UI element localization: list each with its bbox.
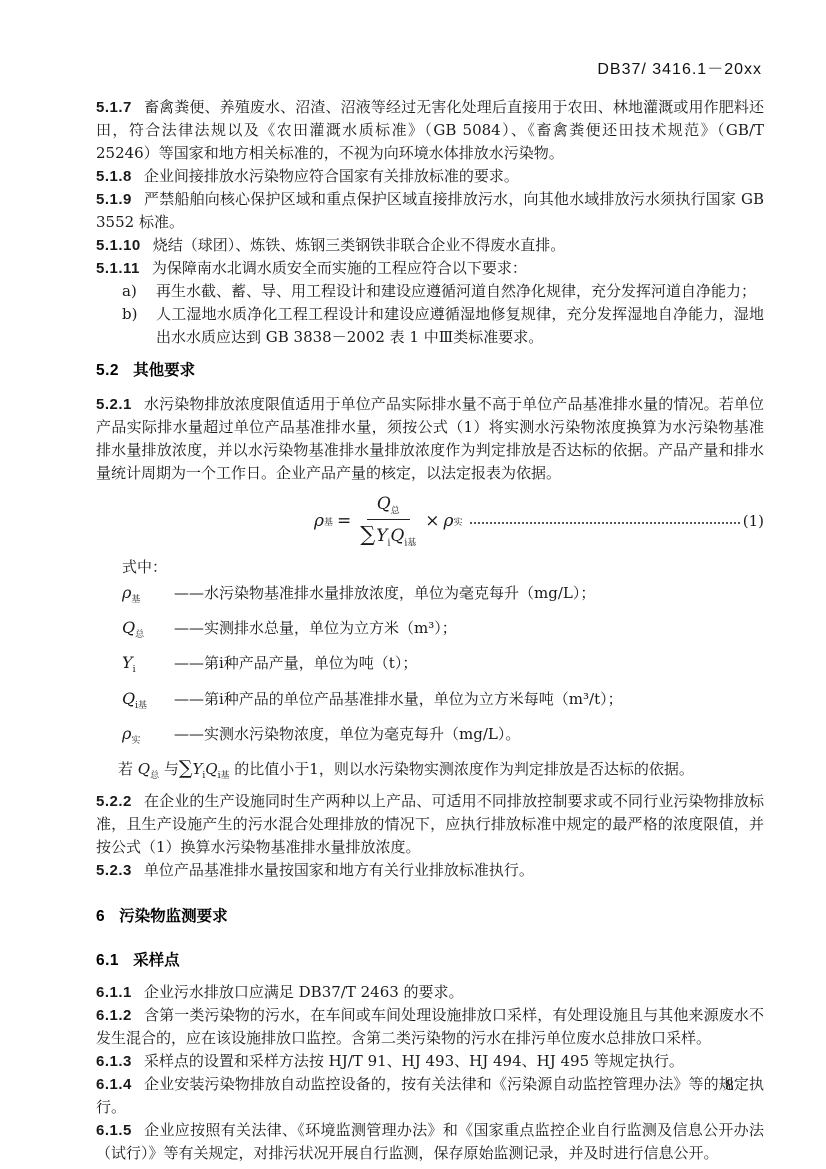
list-item-a: a) 再生水截、蓄、导、用工程设计和建设应遵循河道自然净化规律，充分发挥河道自净… xyxy=(96,280,764,303)
definition-rho-base: ρ基 ——水污染物基准排水量排放浓度，单位为毫克每升（mg/L）； xyxy=(96,579,764,614)
y-symbol: Y xyxy=(193,760,203,778)
rho-base-symbol: ρ xyxy=(314,511,324,531)
clause-number: 5.2.2 xyxy=(96,793,132,810)
document-page: DB37/ 3416.1－20xx 5.1.7畜禽粪便、养殖废水、沼渣、沼液等经… xyxy=(0,0,826,1169)
ratio-note: 若 Q总 与∑YiQi基 的比值小于1，则以水污染物实测浓度作为判定排放是否达标… xyxy=(96,755,764,790)
definition-symbol: ρ实 xyxy=(122,720,174,755)
clause-5-1-10: 5.1.10烧结（球团）、炼铁、炼钢三类钢铁非联合企业不得废水直排。 xyxy=(96,234,764,257)
clause-5-1-7: 5.1.7畜禽粪便、养殖废水、沼渣、沼液等经过无害化处理后直接用于农田、林地灌溉… xyxy=(96,96,764,165)
clause-number: 6.1.2 xyxy=(96,1007,132,1024)
clause-6-1-4: 6.1.4企业安装污染物排放自动监控设备的，按有关法律和《污染源自动监控管理办法… xyxy=(96,1073,764,1119)
clause-text: 含第一类污染物的污水，在车间或车间处理设施排放口采样，有处理设施且与其他来源废水… xyxy=(96,1006,764,1047)
symbol-subscript: 实 xyxy=(131,736,140,746)
where-intro: 式中： xyxy=(96,555,764,579)
symbol-letter: ρ xyxy=(122,583,131,602)
list-marker: b) xyxy=(96,303,156,349)
equation-1: ρ基 = Q总 ∑YiQi基 × ρ实 (1) xyxy=(96,493,764,549)
rho-actual-symbol: ρ xyxy=(443,511,453,531)
q-total-subscript: 总 xyxy=(391,507,400,517)
equation-number: (1) xyxy=(743,512,764,530)
definition-symbol: Qi基 xyxy=(122,685,174,720)
dotted-leader xyxy=(470,522,739,524)
definition-symbol: Q总 xyxy=(122,614,174,649)
clause-number: 6.1.5 xyxy=(96,1122,132,1139)
definition-text: ——实测水污染物浓度，单位为毫克每升（mg/L）。 xyxy=(174,721,764,748)
clause-5-1-11: 5.1.11为保障南水北调水质安全而实施的工程应符合以下要求： xyxy=(96,257,764,280)
definition-q-total: Q总 ——实测排水总量，单位为立方米（m³）； xyxy=(96,614,764,649)
clause-number: 5.1.9 xyxy=(96,191,132,208)
heading-6: 6污染物监测要求 xyxy=(96,904,764,926)
clause-number: 6.1.4 xyxy=(96,1076,132,1093)
heading-title: 污染物监测要求 xyxy=(119,908,228,925)
clause-6-1-3: 6.1.3采样点的设置和采样方法按 HJ/T 91、HJ 493、HJ 494、… xyxy=(96,1050,764,1073)
fraction-denominator: ∑YiQi基 xyxy=(360,520,416,548)
definition-y-i: Yi ——第i种产品产量，单位为吨（t）； xyxy=(96,649,764,684)
definition-text: ——水污染物基准排水量排放浓度，单位为毫克每升（mg/L）； xyxy=(174,580,764,607)
times-sign: × xyxy=(425,511,439,531)
header-doc-code: DB37/ 3416.1－20xx xyxy=(0,0,826,79)
heading-title: 其他要求 xyxy=(133,362,195,379)
equals-sign: = xyxy=(337,511,351,531)
clause-text: 企业间接排放水污染物应符合国家有关排放标准的要求。 xyxy=(144,167,519,185)
clause-text: 畜禽粪便、养殖废水、沼渣、沼液等经过无害化处理后直接用于农田、林地灌溉或用作肥料… xyxy=(96,98,764,162)
symbol-letter: Q xyxy=(122,689,135,708)
clause-5-2-3: 5.2.3单位产品基准排水量按国家和地方有关行业排放标准执行。 xyxy=(96,859,764,882)
q-i-subscript: i基 xyxy=(218,771,230,781)
clause-number: 5.1.11 xyxy=(96,260,140,277)
definition-symbol: ρ基 xyxy=(122,579,174,614)
clause-number: 5.2.3 xyxy=(96,862,132,879)
definition-rho-actual: ρ实 ——实测水污染物浓度，单位为毫克每升（mg/L）。 xyxy=(96,720,764,755)
symbol-letter: ρ xyxy=(122,724,131,743)
clause-text: 水污染物排放浓度限值适用于单位产品实际排水量不高于单位产品基准排水量的情况。若单… xyxy=(96,395,764,482)
q-total-symbol: Q xyxy=(138,760,150,778)
q-i-subscript: i基 xyxy=(404,538,416,548)
clause-5-2-2: 5.2.2在企业的生产设施同时生产两种以上产品、可适用不同排放控制要求或不同行业… xyxy=(96,790,764,859)
rho-actual-subscript: 实 xyxy=(453,515,462,528)
list-marker: a) xyxy=(96,280,156,303)
clause-text: 为保障南水北调水质安全而实施的工程应符合以下要求： xyxy=(152,259,527,277)
definition-text: ——第i种产品产量，单位为吨（t）； xyxy=(174,650,764,677)
definition-text: ——实测排水总量，单位为立方米（m³）； xyxy=(174,615,764,642)
symbol-letter: Y xyxy=(122,653,133,672)
equation-body: ρ基 = Q总 ∑YiQi基 × ρ实 xyxy=(314,494,462,548)
sigma-symbol: ∑ xyxy=(179,757,193,779)
list-item-text: 人工湿地水质净化工程工程设计和建设应遵循湿地修复规律，充分发挥湿地自净能力，湿地… xyxy=(156,303,764,349)
heading-6-1: 6.1采样点 xyxy=(96,948,764,970)
q-total-subscript: 总 xyxy=(150,771,159,781)
fraction-numerator: Q总 xyxy=(367,494,410,519)
clause-number: 5.2.1 xyxy=(96,396,132,413)
page-number: 8 xyxy=(725,1078,734,1094)
clause-5-2-1: 5.2.1水污染物排放浓度限值适用于单位产品实际排水量不高于单位产品基准排水量的… xyxy=(96,393,764,485)
page-content: 5.1.7畜禽粪便、养殖废水、沼渣、沼液等经过无害化处理后直接用于农田、林地灌溉… xyxy=(0,79,826,1165)
list-item-text: 再生水截、蓄、导、用工程设计和建设应遵循河道自然净化规律，充分发挥河道自净能力； xyxy=(156,280,764,303)
clause-text: 烧结（球团）、炼铁、炼钢三类钢铁非联合企业不得废水直排。 xyxy=(153,236,566,254)
rho-base-subscript: 基 xyxy=(324,515,333,528)
clause-number: 5.1.7 xyxy=(96,99,132,116)
clause-5-1-9: 5.1.9严禁船舶向核心保护区域和重点保护区域直接排放污水，向其他水域排放污水须… xyxy=(96,188,764,234)
note-text: 的比值小于1，则以水污染物实测浓度作为判定排放是否达标的依据。 xyxy=(234,760,694,778)
heading-number: 6 xyxy=(96,908,105,925)
clause-6-1-1: 6.1.1企业污水排放口应满足 DB37/T 2463 的要求。 xyxy=(96,981,764,1004)
clause-number: 6.1.1 xyxy=(96,984,132,1001)
fraction: Q总 ∑YiQi基 xyxy=(360,494,416,548)
list-5-1-11: a) 再生水截、蓄、导、用工程设计和建设应遵循河道自然净化规律，充分发挥河道自净… xyxy=(96,280,764,349)
q-total-symbol: Q xyxy=(377,494,391,514)
clause-6-1-5: 6.1.5企业应按照有关法律、《环境监测管理办法》和《国家重点监控企业自行监测及… xyxy=(96,1119,764,1165)
clause-text: 采样点的设置和采样方法按 HJ/T 91、HJ 493、HJ 494、HJ 49… xyxy=(144,1052,684,1070)
clause-number: 6.1.3 xyxy=(96,1053,132,1070)
list-item-b: b) 人工湿地水质净化工程工程设计和建设应遵循湿地修复规律，充分发挥湿地自净能力… xyxy=(96,303,764,349)
clause-text: 企业应按照有关法律、《环境监测管理办法》和《国家重点监控企业自行监测及信息公开办… xyxy=(96,1121,764,1162)
clause-text: 企业污水排放口应满足 DB37/T 2463 的要求。 xyxy=(144,983,464,1001)
note-text: 与 xyxy=(164,760,179,778)
heading-5-2: 5.2其他要求 xyxy=(96,358,764,380)
symbol-subscript: i基 xyxy=(135,701,147,711)
clause-6-1-2: 6.1.2含第一类污染物的污水，在车间或车间处理设施排放口采样，有处理设施且与其… xyxy=(96,1004,764,1050)
q-i-symbol: Q xyxy=(390,526,404,546)
clause-text: 严禁船舶向核心保护区域和重点保护区域直接排放污水，向其他水域排放污水须执行国家 … xyxy=(96,190,764,231)
heading-title: 采样点 xyxy=(133,952,180,969)
clause-text: 在企业的生产设施同时生产两种以上产品、可适用不同排放控制要求或不同行业污染物排放… xyxy=(96,792,764,856)
symbol-subscript: 总 xyxy=(135,630,144,640)
symbol-letter: Q xyxy=(122,618,135,637)
symbol-subscript: 基 xyxy=(131,595,140,605)
clause-number: 5.1.8 xyxy=(96,168,132,185)
clause-5-1-8: 5.1.8企业间接排放水污染物应符合国家有关排放标准的要求。 xyxy=(96,165,764,188)
clause-number: 5.1.10 xyxy=(96,237,141,254)
definition-symbol: Yi xyxy=(122,649,174,684)
clause-text: 企业安装污染物排放自动监控设备的，按有关法律和《污染源自动监控管理办法》等的规定… xyxy=(96,1075,764,1116)
clause-text: 单位产品基准排水量按国家和地方有关行业排放标准执行。 xyxy=(144,861,534,879)
heading-number: 6.1 xyxy=(96,952,119,969)
note-text: 若 xyxy=(118,760,133,778)
definition-text: ——第i种产品的单位产品基准排水量，单位为立方米每吨（m³/t）； xyxy=(174,686,764,713)
q-i-symbol: Q xyxy=(205,760,217,778)
heading-number: 5.2 xyxy=(96,362,119,379)
y-symbol: Y xyxy=(376,526,387,546)
symbol-subscript: i xyxy=(133,666,136,676)
sigma-symbol: ∑ xyxy=(360,522,375,546)
definition-q-i-base: Qi基 ——第i种产品的单位产品基准排水量，单位为立方米每吨（m³/t）； xyxy=(96,685,764,720)
